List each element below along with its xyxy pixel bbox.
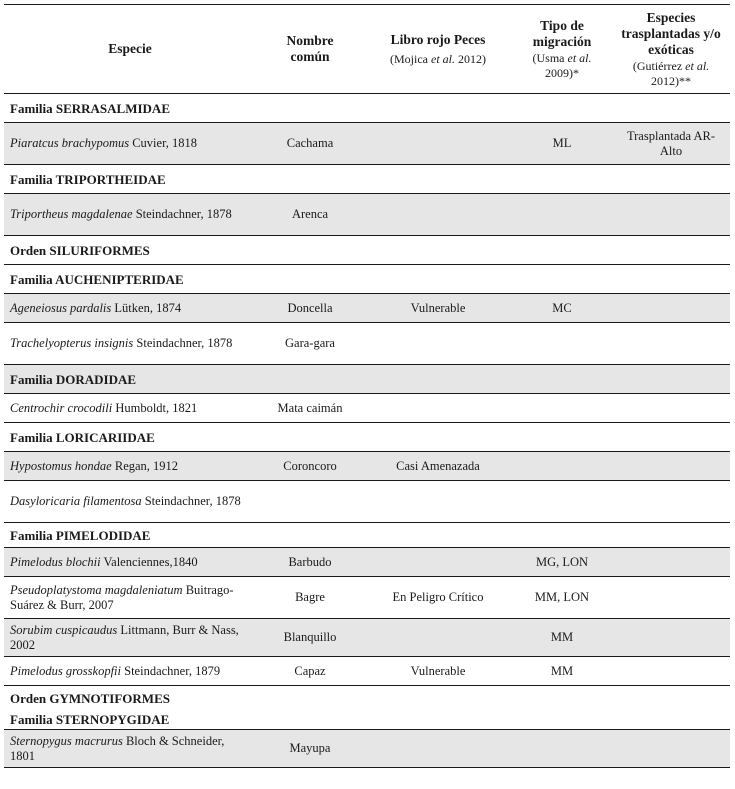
table-row: Sorubim cuspicaudus Littmann, Burr & Nas… <box>4 619 730 657</box>
scientific-name: Trachelyopterus insignis <box>10 336 133 350</box>
species-table: Especie Nombre común Libro rojo Peces (M… <box>4 4 730 768</box>
transplanted-cell <box>612 730 730 768</box>
scientific-name: Pimelodus grosskopfii <box>10 664 121 678</box>
group-label: Familia PIMELODIDAE <box>4 523 730 548</box>
table-row: Sternopygus macrurus Bloch & Schneider, … <box>4 730 730 768</box>
migration-type-cell <box>512 481 612 523</box>
table-row: Trachelyopterus insignis Steindachner, 1… <box>4 323 730 365</box>
common-name-cell: Arenca <box>256 194 364 236</box>
common-name-cell: Capaz <box>256 657 364 686</box>
scientific-name: Ageneiosus pardalis <box>10 301 111 315</box>
transplanted-cell <box>612 452 730 481</box>
table-row: Piaratcus brachypomus Cuvier, 1818Cacham… <box>4 123 730 165</box>
table-row: Ageneiosus pardalis Lütken, 1874Doncella… <box>4 294 730 323</box>
header-migracion-citation: (Usma et al. 2009)* <box>522 51 602 81</box>
migration-type-cell: MC <box>512 294 612 323</box>
species-author: Humboldt, 1821 <box>112 401 197 415</box>
transplanted-cell <box>612 481 730 523</box>
common-name-cell: Bagre <box>256 577 364 619</box>
transplanted-cell <box>612 619 730 657</box>
species-cell: Triportheus magdalenae Steindachner, 187… <box>4 194 256 236</box>
header-trasplantadas-citation: (Gutiérrez et al. 2012)** <box>614 59 728 89</box>
table-row: Hypostomus hondae Regan, 1912CoroncoroCa… <box>4 452 730 481</box>
scientific-name: Dasyloricaria filamentosa <box>10 494 142 508</box>
species-cell: Pimelodus blochii Valenciennes,1840 <box>4 548 256 577</box>
red-book-status-cell <box>364 194 512 236</box>
red-book-status-cell <box>364 730 512 768</box>
table-row: Centrochir crocodili Humboldt, 1821Mata … <box>4 394 730 423</box>
species-cell: Piaratcus brachypomus Cuvier, 1818 <box>4 123 256 165</box>
group-label: Familia AUCHENIPTERIDAE <box>4 265 730 294</box>
migration-type-cell <box>512 730 612 768</box>
red-book-status-cell: Casi Amenazada <box>364 452 512 481</box>
species-author: Lütken, 1874 <box>111 301 181 315</box>
species-author: Steindachner, 1878 <box>142 494 241 508</box>
group-label: Familia TRIPORTHEIDAE <box>4 165 730 194</box>
transplanted-cell <box>612 194 730 236</box>
header-especie: Especie <box>4 5 256 94</box>
red-book-status-cell <box>364 548 512 577</box>
scientific-name: Piaratcus brachypomus <box>10 136 129 150</box>
transplanted-cell <box>612 394 730 423</box>
common-name-cell: Doncella <box>256 294 364 323</box>
common-name-cell: Gara-gara <box>256 323 364 365</box>
species-cell: Trachelyopterus insignis Steindachner, 1… <box>4 323 256 365</box>
transplanted-cell <box>612 548 730 577</box>
common-name-cell: Blanquillo <box>256 619 364 657</box>
migration-type-cell <box>512 394 612 423</box>
migration-type-cell <box>512 323 612 365</box>
group-label: Familia STERNOPYGIDAE <box>4 710 730 730</box>
species-cell: Pimelodus grosskopfii Steindachner, 1879 <box>4 657 256 686</box>
transplanted-cell <box>612 577 730 619</box>
species-cell: Sorubim cuspicaudus Littmann, Burr & Nas… <box>4 619 256 657</box>
common-name-cell: Cachama <box>256 123 364 165</box>
species-author: Steindachner, 1878 <box>133 336 232 350</box>
migration-type-cell: ML <box>512 123 612 165</box>
red-book-status-cell <box>364 481 512 523</box>
red-book-status-cell: Vulnerable <box>364 294 512 323</box>
table-row: Pseudoplatystoma magdaleniatum Buitrago-… <box>4 577 730 619</box>
group-label: Familia LORICARIIDAE <box>4 423 730 452</box>
species-author: Regan, 1912 <box>112 459 178 473</box>
migration-type-cell: MM, LON <box>512 577 612 619</box>
table-group-row: Familia AUCHENIPTERIDAE <box>4 265 730 294</box>
red-book-status-cell <box>364 123 512 165</box>
common-name-cell <box>256 481 364 523</box>
species-author: Steindachner, 1879 <box>121 664 220 678</box>
species-cell: Dasyloricaria filamentosa Steindachner, … <box>4 481 256 523</box>
species-author: Steindachner, 1878 <box>133 207 232 221</box>
table-group-row: Familia PIMELODIDAE <box>4 523 730 548</box>
species-author: Valenciennes,1840 <box>101 555 198 569</box>
common-name-cell: Mayupa <box>256 730 364 768</box>
table-group-row: Familia DORADIDAE <box>4 365 730 394</box>
scientific-name: Pseudoplatystoma magdaleniatum <box>10 583 183 597</box>
table-group-row: Familia LORICARIIDAE <box>4 423 730 452</box>
migration-type-cell: MM <box>512 619 612 657</box>
red-book-status-cell: Vulnerable <box>364 657 512 686</box>
common-name-cell: Barbudo <box>256 548 364 577</box>
migration-type-cell <box>512 194 612 236</box>
red-book-status-cell: En Peligro Crítico <box>364 577 512 619</box>
table-row: Pimelodus grosskopfii Steindachner, 1879… <box>4 657 730 686</box>
scientific-name: Triportheus magdalenae <box>10 207 133 221</box>
table-header-row: Especie Nombre común Libro rojo Peces (M… <box>4 5 730 94</box>
species-author: Cuvier, 1818 <box>129 136 197 150</box>
migration-type-cell: MM <box>512 657 612 686</box>
migration-type-cell <box>512 452 612 481</box>
group-label: Orden SILURIFORMES <box>4 236 730 265</box>
group-label: Familia SERRASALMIDAE <box>4 94 730 123</box>
table-group-row: Familia SERRASALMIDAE <box>4 94 730 123</box>
transplanted-cell <box>612 294 730 323</box>
header-libro-rojo-citation: (Mojica et al. 2012) <box>366 52 510 67</box>
common-name-cell: Coroncoro <box>256 452 364 481</box>
migration-type-cell: MG, LON <box>512 548 612 577</box>
scientific-name: Hypostomus hondae <box>10 459 112 473</box>
table-row: Triportheus magdalenae Steindachner, 187… <box>4 194 730 236</box>
transplanted-cell <box>612 323 730 365</box>
header-nombre-comun: Nombre común <box>256 5 364 94</box>
species-cell: Pseudoplatystoma magdaleniatum Buitrago-… <box>4 577 256 619</box>
transplanted-cell <box>612 657 730 686</box>
table-row: Dasyloricaria filamentosa Steindachner, … <box>4 481 730 523</box>
scientific-name: Sorubim cuspicaudus <box>10 623 117 637</box>
scientific-name: Sternopygus macrurus <box>10 734 123 748</box>
scientific-name: Centrochir crocodili <box>10 401 112 415</box>
scientific-name: Pimelodus blochii <box>10 555 101 569</box>
species-cell: Sternopygus macrurus Bloch & Schneider, … <box>4 730 256 768</box>
group-label: Orden GYMNOTIFORMES <box>4 686 730 711</box>
table-row: Pimelodus blochii Valenciennes,1840Barbu… <box>4 548 730 577</box>
table-group-row: Familia TRIPORTHEIDAE <box>4 165 730 194</box>
common-name-cell: Mata caimán <box>256 394 364 423</box>
red-book-status-cell <box>364 323 512 365</box>
table-group-row: Familia STERNOPYGIDAE <box>4 710 730 730</box>
species-cell: Ageneiosus pardalis Lütken, 1874 <box>4 294 256 323</box>
table-body: Familia SERRASALMIDAEPiaratcus brachypom… <box>4 94 730 768</box>
header-libro-rojo: Libro rojo Peces (Mojica et al. 2012) <box>364 5 512 94</box>
red-book-status-cell <box>364 394 512 423</box>
table-group-row: Orden GYMNOTIFORMES <box>4 686 730 711</box>
red-book-status-cell <box>364 619 512 657</box>
species-cell: Centrochir crocodili Humboldt, 1821 <box>4 394 256 423</box>
transplanted-cell: Trasplantada AR-Alto <box>612 123 730 165</box>
header-trasplantadas: Especies trasplantadas y/o exóticas (Gut… <box>612 5 730 94</box>
table-group-row: Orden SILURIFORMES <box>4 236 730 265</box>
header-tipo-migracion: Tipo de migración (Usma et al. 2009)* <box>512 5 612 94</box>
group-label: Familia DORADIDAE <box>4 365 730 394</box>
species-cell: Hypostomus hondae Regan, 1912 <box>4 452 256 481</box>
